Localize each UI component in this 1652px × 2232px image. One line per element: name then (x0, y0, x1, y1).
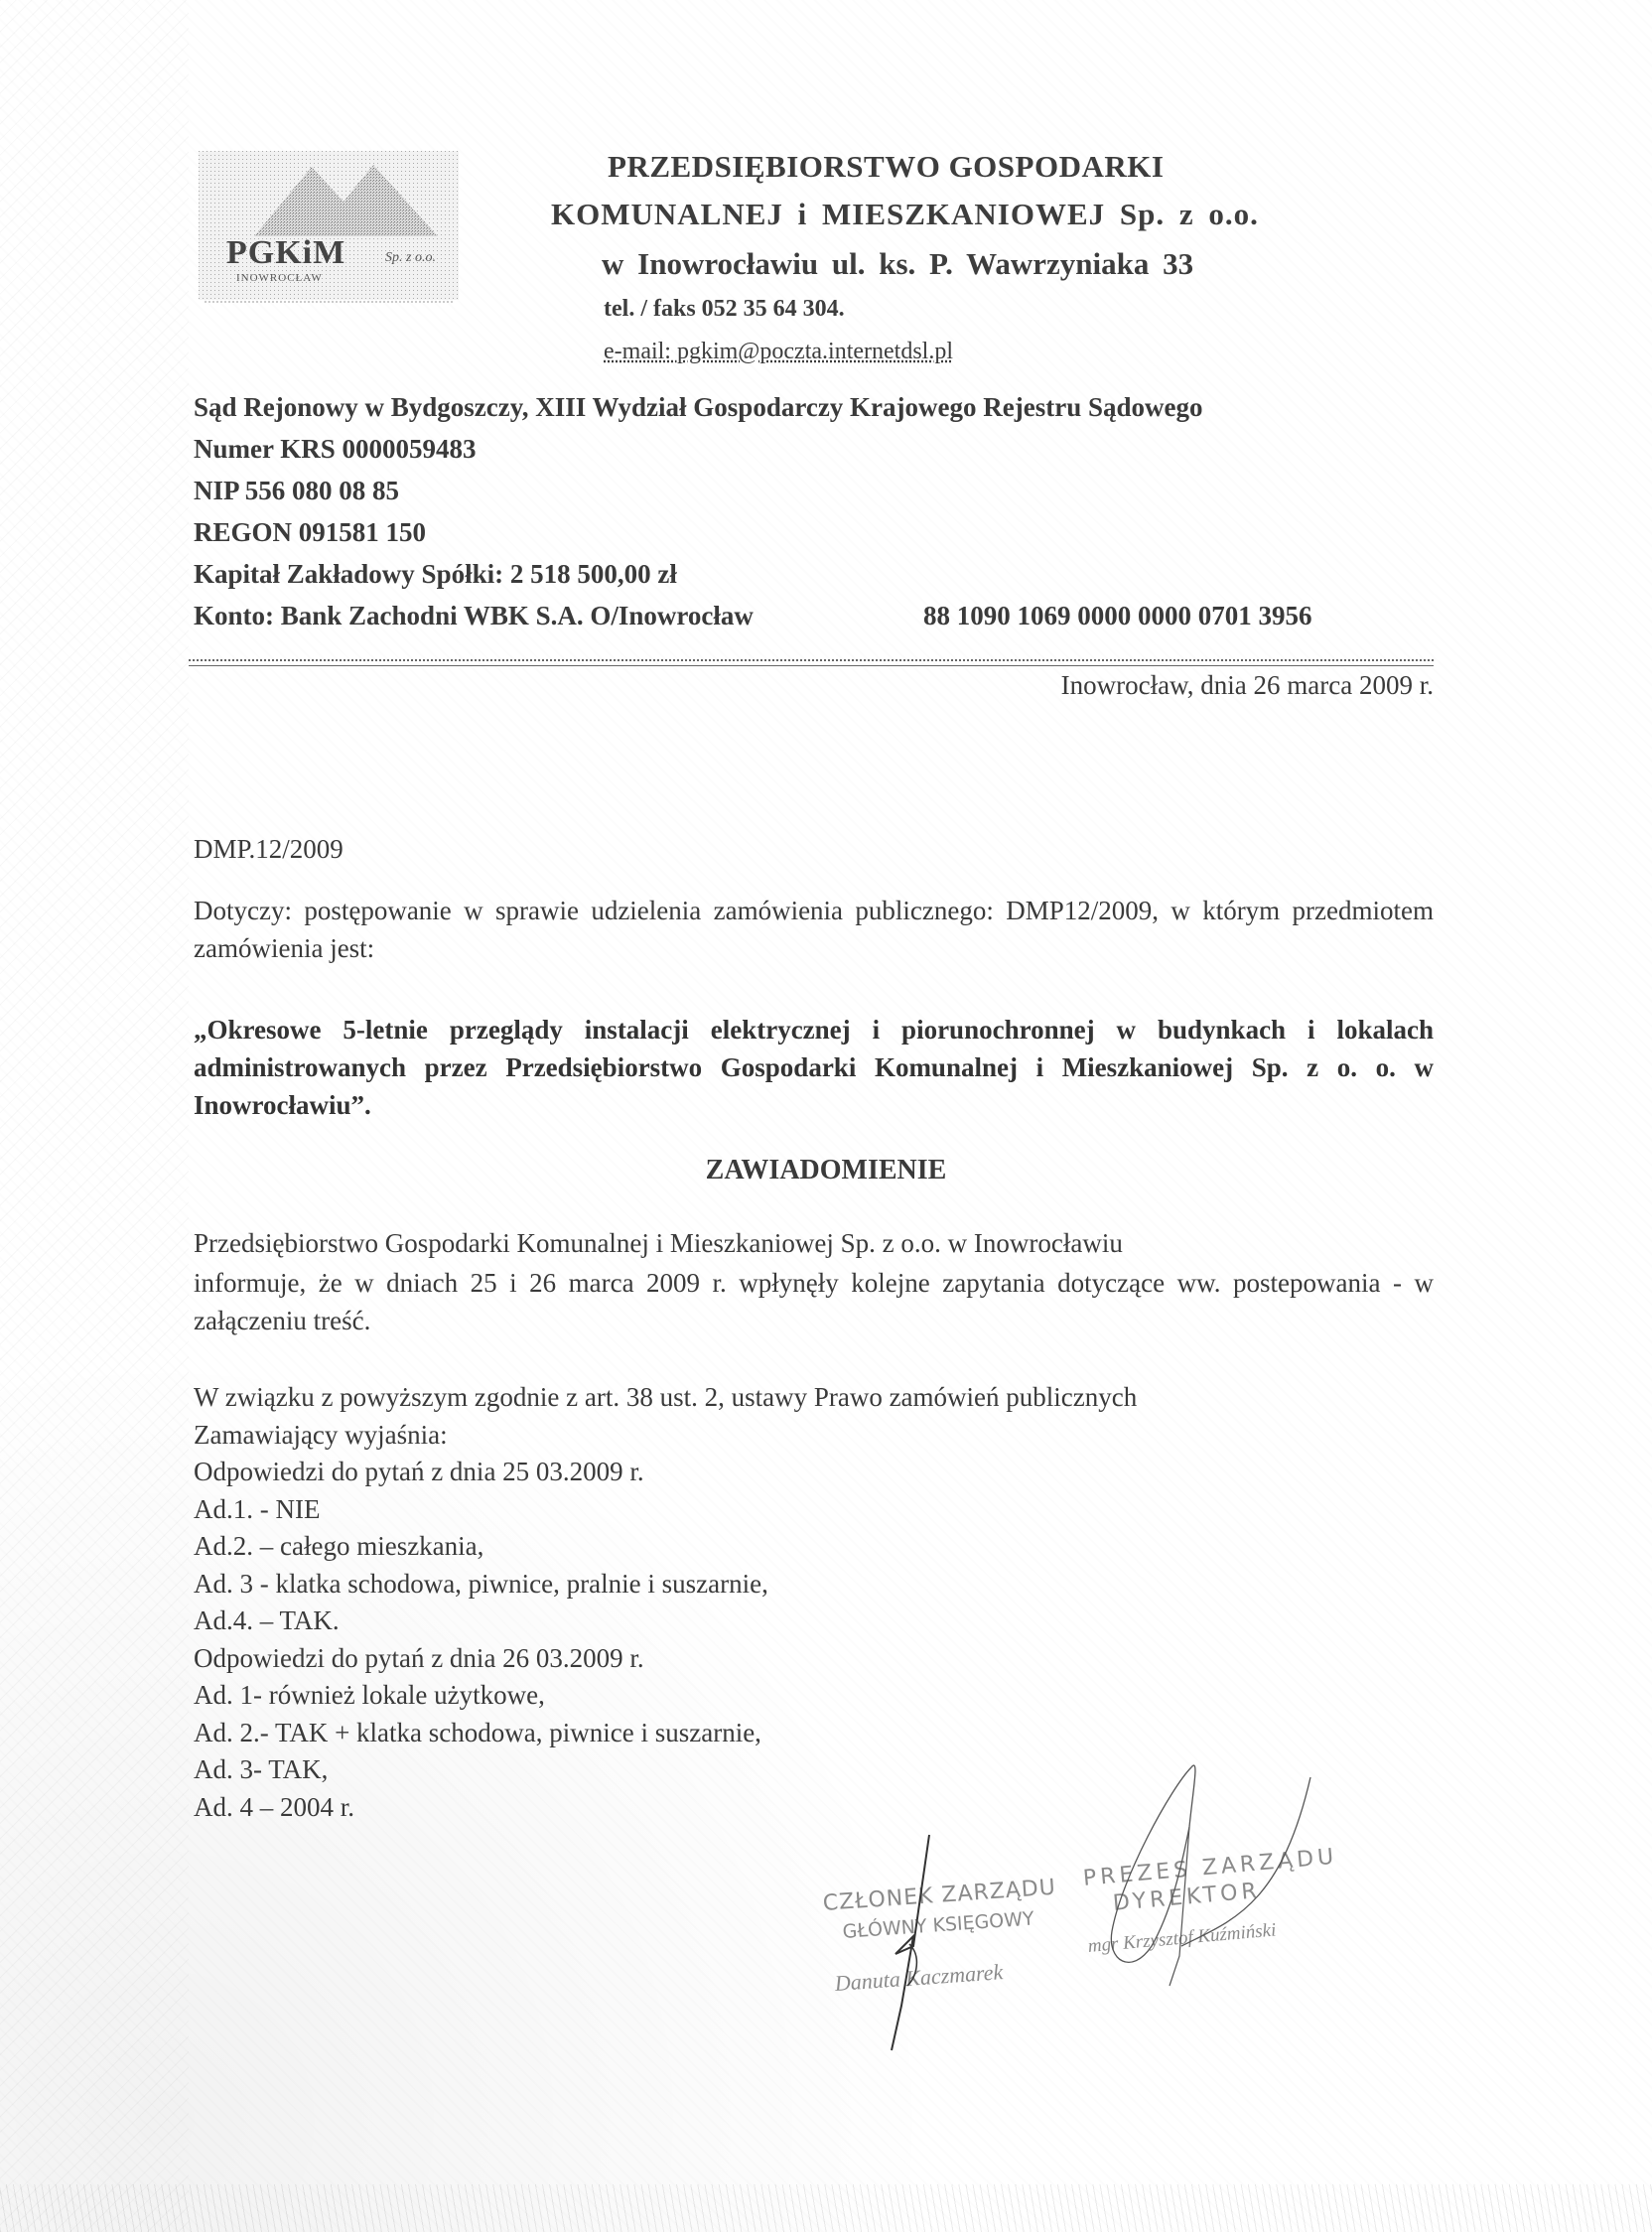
answer-item: Ad. 4 – 2004 r. (194, 1792, 354, 1823)
answer-item: Ad. 1- również lokale użytkowe, (194, 1680, 545, 1711)
answer-item: Ad. 3 - klatka schodowa, piwnice, pralni… (194, 1569, 768, 1600)
logo-legal-form: Sp. z o.o. (385, 250, 436, 266)
company-name-line1: PRZEDSIĘBIORSTWO GOSPODARKI (608, 149, 1501, 185)
registry-account-number: 88 1090 1069 0000 0000 0701 3956 (923, 601, 1312, 631)
registry-krs: Numer KRS 0000059483 (194, 434, 477, 465)
company-address: w Inowrocławiu ul. ks. P. Wawrzyniaka 33 (602, 246, 1495, 282)
registry-court: Sąd Rejonowy w Bydgoszczy, XIII Wydział … (194, 392, 1202, 423)
registry-capital: Kapitał Zakładowy Spółki: 2 518 500,00 z… (194, 559, 677, 590)
answer-item: Ad.4. – TAK. (194, 1605, 340, 1636)
logo-subtitle: INOWROCŁAW (236, 272, 323, 284)
registry-regon: REGON 091581 150 (194, 517, 426, 548)
answer-item: Ad.2. – całego mieszkania, (194, 1531, 483, 1562)
scan-noise (0, 0, 189, 2232)
company-logo: PGKiM INOWROCŁAW Sp. z o.o. (195, 147, 463, 304)
signature-mark-icon (874, 1827, 953, 2055)
answer-item: Ad. 3- TAK, (194, 1754, 328, 1785)
logo-name: PGKiM (226, 234, 345, 272)
mountain-roof-icon (195, 147, 463, 304)
registry-account-label: Konto: Bank Zachodni WBK S.A. O/Inowrocł… (194, 601, 754, 631)
scanned-letter-page: PGKiM INOWROCŁAW Sp. z o.o. PRZEDSIĘBIOR… (0, 0, 1652, 2232)
subject-paragraph: Dotyczy: postępowanie w sprawie udzielen… (194, 892, 1434, 967)
date-line: Inowrocław, dnia 26 marca 2009 r. (1061, 670, 1434, 701)
letterhead-separator (189, 659, 1434, 666)
answers-intro-line: W związku z powyższym zgodnie z art. 38 … (194, 1382, 1137, 1413)
notice-heading: ZAWIADOMIENIE (0, 1155, 1652, 1186)
reference-number: DMP.12/2009 (194, 834, 344, 865)
company-email-link[interactable]: e-mail: pgkim@poczta.internetdsl.pl (604, 339, 1497, 365)
scan-noise-bottom (0, 2184, 1652, 2232)
company-phone: tel. / faks 052 35 64 304. (604, 296, 1497, 323)
company-name-line2: KOMUNALNEJ i MIESZKANIOWEJ Sp. z o.o. (551, 197, 1445, 232)
registry-nip: NIP 556 080 08 85 (194, 476, 399, 506)
answer-item: Ad. 2.- TAK + klatka schodowa, piwnice i… (194, 1718, 761, 1748)
intro-paragraph: informuje, że w dniach 25 i 26 marca 200… (194, 1264, 1434, 1339)
answer-group-header: Odpowiedzi do pytań z dnia 26 03.2009 r. (194, 1643, 644, 1674)
intro-line1: Przedsiębiorstwo Gospodarki Komunalnej i… (194, 1228, 1123, 1259)
contract-title: „Okresowe 5-letnie przeglądy instalacji … (194, 1011, 1434, 1124)
answer-item: Ad.1. - NIE (194, 1494, 320, 1525)
signature-loop-icon (1082, 1747, 1320, 2016)
answer-group-header: Odpowiedzi do pytań z dnia 25 03.2009 r. (194, 1457, 644, 1487)
answers-intro-line: Zamawiający wyjaśnia: (194, 1420, 448, 1451)
